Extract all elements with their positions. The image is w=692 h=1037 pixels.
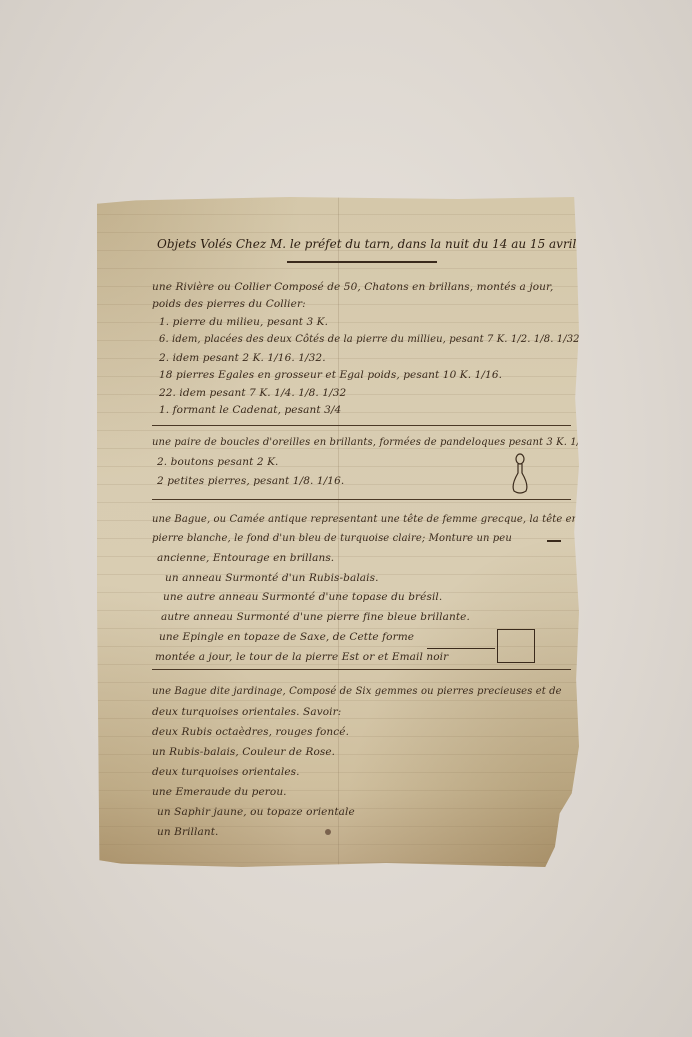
pendeloque-drop-sketch-icon xyxy=(509,453,531,495)
jardinage-line-5: deux turquoises orientales. xyxy=(152,766,561,778)
ring-line-2: une autre anneau Surmonté d'une topase d… xyxy=(163,591,561,603)
section-divider xyxy=(152,669,571,670)
jardinage-line-3: deux Rubis octaèdres, rouges foncé. xyxy=(152,726,561,738)
sketch-leader-line xyxy=(427,648,495,649)
manuscript-page: Objets Volés Chez M. le préfet du tarn, … xyxy=(97,197,579,867)
ring-line-3: autre anneau Surmonté d'une pierre fine … xyxy=(161,611,561,623)
section-divider xyxy=(152,499,571,500)
jardinage-line-8: un Brillant. xyxy=(157,826,561,838)
title-underline xyxy=(287,261,437,263)
necklace-line-6: 18 pierres Egales en grosseur et Egal po… xyxy=(159,369,561,381)
jardinage-line-1: une Bague dite jardinage, Composé de Six… xyxy=(152,686,561,697)
necklace-line-5: 2. idem pesant 2 K. 1/16. 1/32. xyxy=(159,352,561,364)
ink-stain xyxy=(325,829,331,835)
earrings-line-2: 2. boutons pesant 2 K. xyxy=(157,456,561,468)
document-title: Objets Volés Chez M. le préfet du tarn, … xyxy=(157,237,615,251)
necklace-line-7: 22. idem pesant 7 K. 1/4. 1/8. 1/32 xyxy=(159,387,561,399)
jardinage-line-4: un Rubis-balais, Couleur de Rose. xyxy=(152,746,561,758)
pin-line-2: montée a jour, le tour de la pierre Est … xyxy=(155,651,561,663)
necklace-line-4: 6. idem, placées des deux Côtés de la pi… xyxy=(159,334,561,345)
jardinage-line-6: une Emeraude du perou. xyxy=(152,786,561,798)
cameo-line-2: pierre blanche, le fond d'un bleu de tur… xyxy=(152,533,561,544)
cameo-line-1: une Bague, ou Camée antique representant… xyxy=(152,514,561,525)
ring-line-1: un anneau Surmonté d'un Rubis-balais. xyxy=(165,572,561,584)
jardinage-line-7: un Saphir jaune, ou topaze orientale xyxy=(157,806,561,818)
cameo-line-3: ancienne, Entourage en brillans. xyxy=(157,552,561,564)
jardinage-line-2: deux turquoises orientales. Savoir: xyxy=(152,706,561,718)
section-divider xyxy=(152,425,571,426)
margin-dash-mark xyxy=(547,540,561,542)
necklace-line-3: 1. pierre du milieu, pesant 3 K. xyxy=(159,316,561,328)
earrings-line-3: 2 petites pierres, pesant 1/8. 1/16. xyxy=(157,475,561,487)
necklace-line-2: poids des pierres du Collier: xyxy=(152,298,561,310)
earrings-line-1: une paire de boucles d'oreilles en brill… xyxy=(152,437,561,448)
necklace-line-8: 1. formant le Cadenat, pesant 3/4 xyxy=(159,404,561,416)
necklace-line-1: une Rivière ou Collier Composé de 50, Ch… xyxy=(152,281,561,293)
